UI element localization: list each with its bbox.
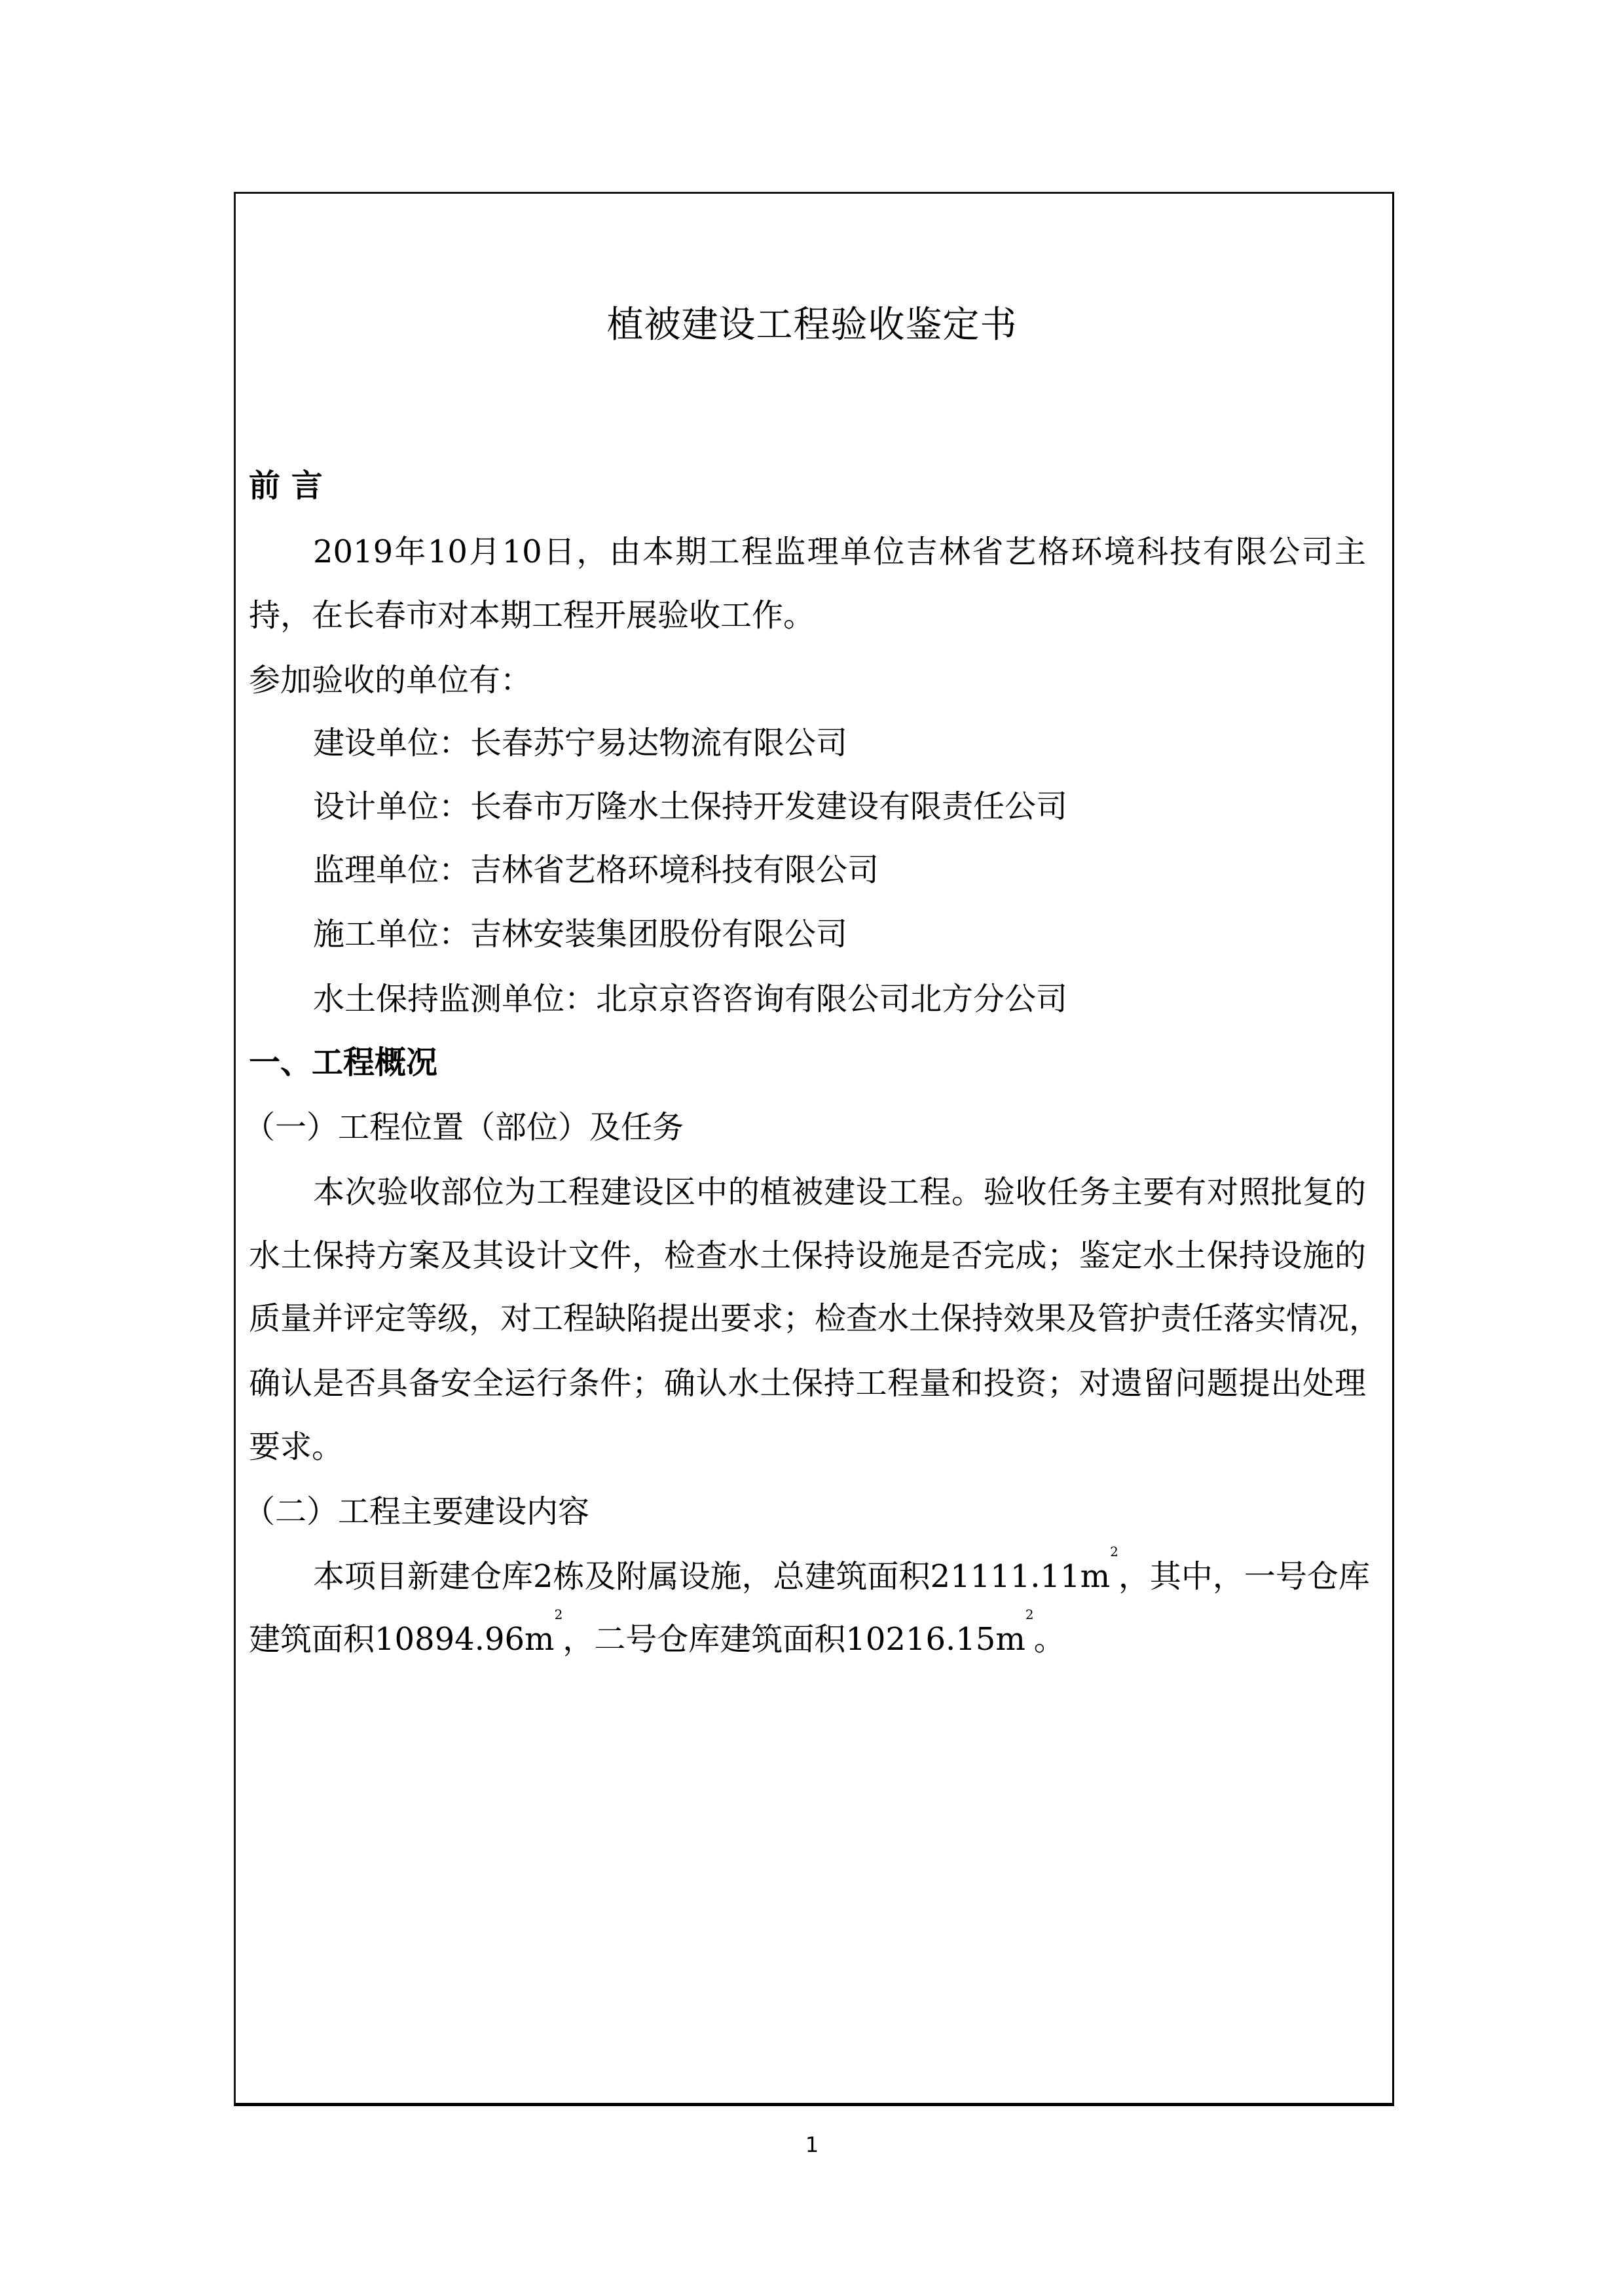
participant-design-unit: 设计单位：长春市万隆水土保持开发建设有限责任公司	[313, 786, 1430, 828]
subsection-2-heading: （二）工程主要建设内容	[244, 1491, 1361, 1533]
participant-name: 长春苏宁易达物流有限公司	[470, 725, 847, 761]
text-segment: ，其中，一号仓库	[1118, 1558, 1370, 1595]
participant-name: 北京京咨咨询有限公司北方分公司	[596, 981, 1067, 1017]
participant-construction-unit: 建设单位：长春苏宁易达物流有限公司	[313, 722, 1430, 764]
participant-name: 长春市万隆水土保持开发建设有限责任公司	[470, 788, 1067, 825]
superscript: 2	[1110, 1544, 1118, 1559]
subsection-1-heading: （一）工程位置（部位）及任务	[244, 1106, 1361, 1148]
participant-supervision-unit: 监理单位：吉林省艺格环境科技有限公司	[313, 849, 1430, 891]
participant-name: 吉林安装集团股份有限公司	[470, 916, 847, 953]
text-segment: ，二号仓库建筑面积10216.15m	[563, 1621, 1025, 1658]
participant-role: 建设单位：	[313, 725, 470, 761]
participant-role: 水土保持监测单位：	[313, 981, 596, 1017]
text-segment: 。	[1034, 1621, 1065, 1658]
preface-paragraph-line-2: 持，在长春市对本期工程开展验收工作。	[249, 594, 1366, 636]
text-segment: 建筑面积10894.96m	[249, 1621, 555, 1658]
participants-intro: 参加验收的单位有：	[249, 659, 1366, 701]
subsection-1-line-2: 水土保持方案及其设计文件，检查水土保持设施是否完成；鉴定水土保持设施的	[249, 1235, 1366, 1277]
subsection-2-line-1: 本项目新建仓库2栋及附属设施，总建筑面积21111.11m2，其中，一号仓库	[313, 1556, 1366, 1597]
superscript: 2	[1025, 1607, 1034, 1622]
section-1-heading: 一、工程概况	[249, 1042, 1366, 1084]
subsection-2-line-2: 建筑面积10894.96m2，二号仓库建筑面积10216.15m2。	[249, 1618, 1366, 1660]
participant-role: 监理单位：	[313, 852, 470, 888]
subsection-1-line-5: 要求。	[249, 1426, 1366, 1468]
preface-heading: 前 言	[249, 465, 1366, 507]
participant-name: 吉林省艺格环境科技有限公司	[470, 852, 879, 888]
superscript: 2	[555, 1607, 563, 1622]
page-number: 1	[799, 2132, 825, 2158]
participant-monitoring-unit: 水土保持监测单位：北京京咨咨询有限公司北方分公司	[313, 978, 1430, 1020]
preface-paragraph-line-1: 2019年10月10日，由本期工程监理单位吉林省艺格环境科技有限公司主	[313, 531, 1366, 573]
document-title: 植被建设工程验收鉴定书	[0, 302, 1624, 348]
participant-role: 设计单位：	[313, 788, 470, 825]
participant-role: 施工单位：	[313, 916, 470, 953]
subsection-1-line-3: 质量并评定等级，对工程缺陷提出要求；检查水土保持效果及管护责任落实情况，	[249, 1298, 1366, 1339]
subsection-1-line-1: 本次验收部位为工程建设区中的植被建设工程。验收任务主要有对照批复的	[313, 1171, 1366, 1213]
participant-contractor-unit: 施工单位：吉林安装集团股份有限公司	[313, 913, 1430, 955]
text-segment: 本项目新建仓库2栋及附属设施，总建筑面积21111.11m	[313, 1558, 1110, 1595]
subsection-1-line-4: 确认是否具备安全运行条件；确认水土保持工程量和投资；对遗留问题提出处理	[249, 1362, 1366, 1404]
